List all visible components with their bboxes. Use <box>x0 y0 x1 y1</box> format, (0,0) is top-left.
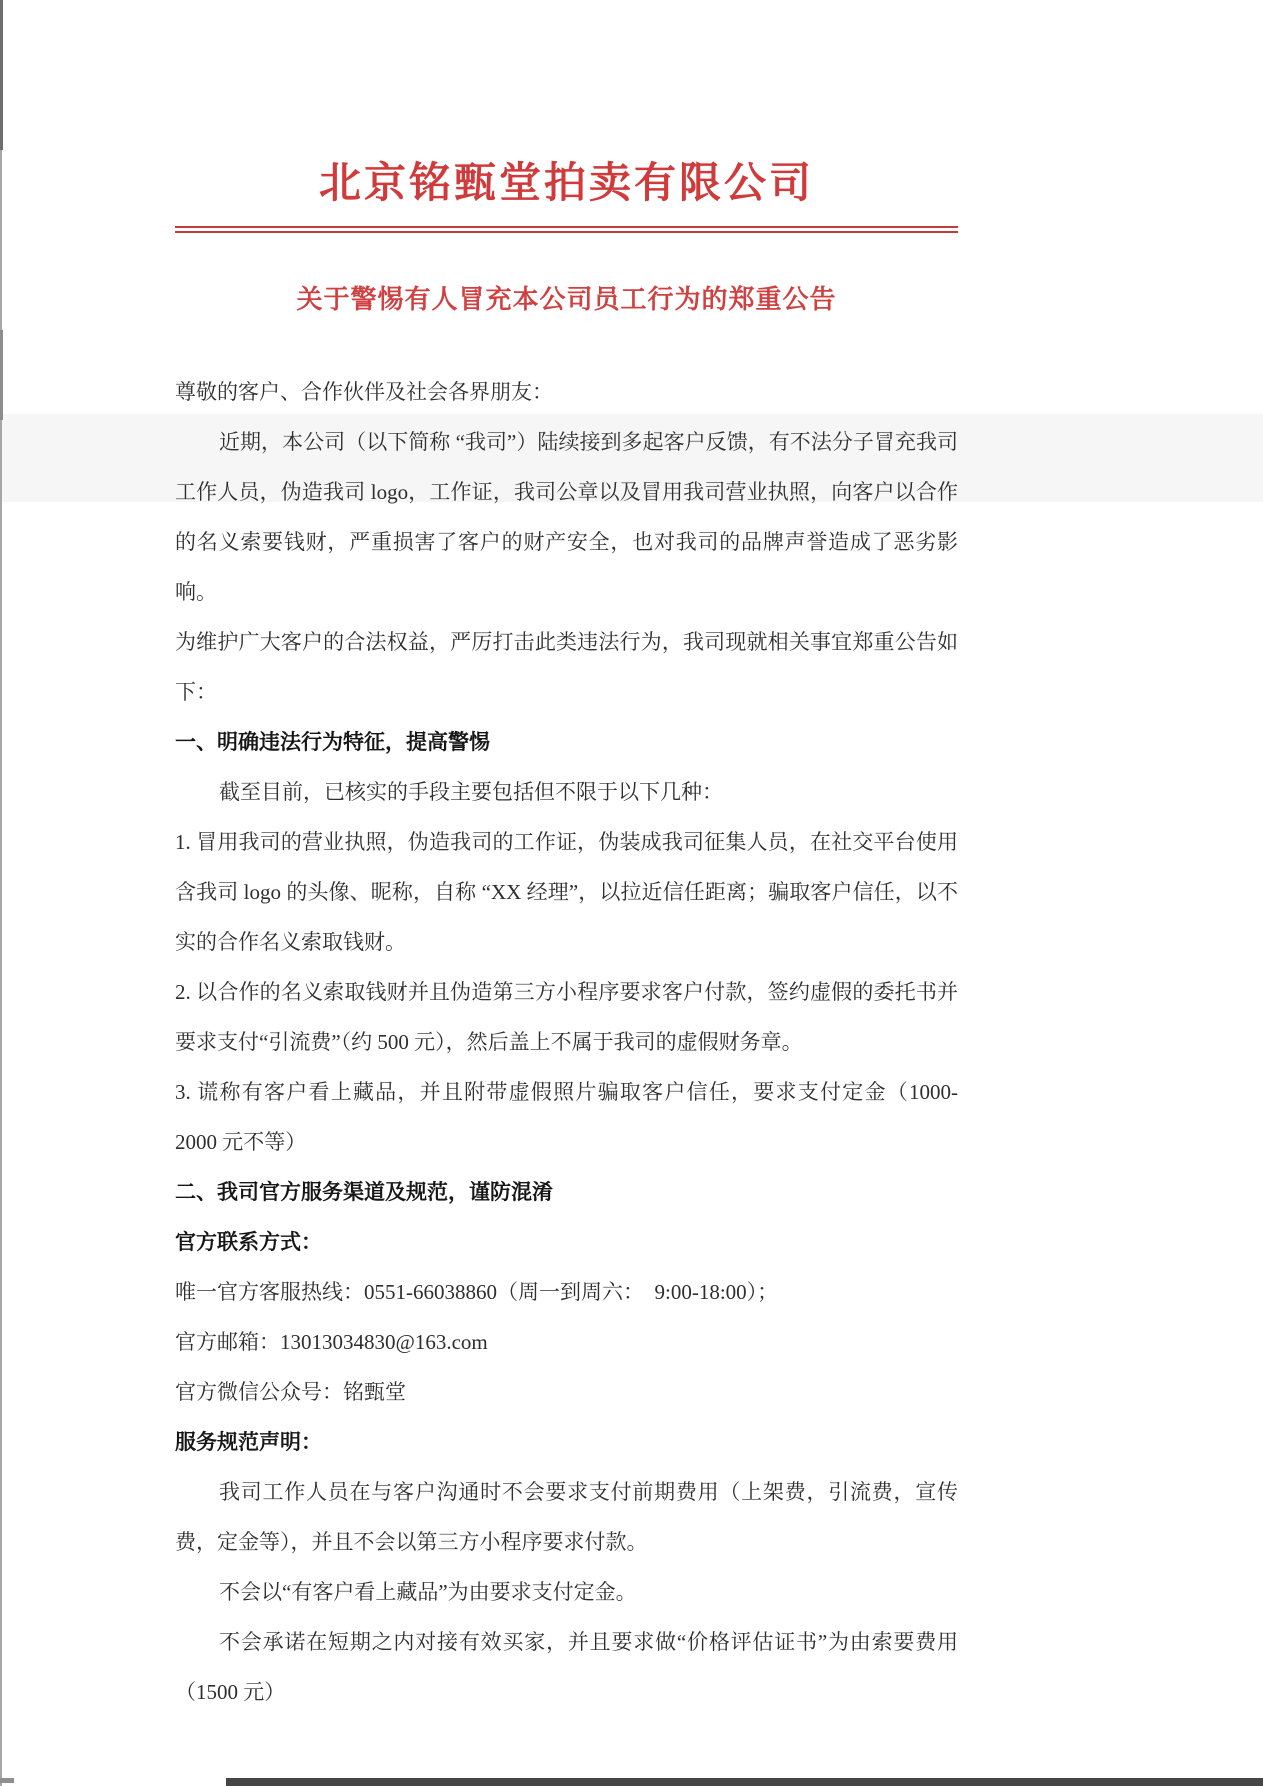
doc-paragraph: 为维护广大客户的合法权益，严厉打击此类违法行为，我司现就相关事宜郑重公告如下： <box>175 617 958 717</box>
doc-paragraph: 服务规范声明： <box>175 1417 958 1467</box>
scan-bottom-left-mark <box>0 1778 14 1783</box>
scan-bottom-strip <box>226 1778 1263 1786</box>
doc-paragraph: 近期，本公司（以下简称 “我司”）陆续接到多起客户反馈，有不法分子冒充我司工作人… <box>175 417 958 617</box>
scanned-document-page: 北京铭甄堂拍卖有限公司 关于警惕有人冒充本公司员工行为的郑重公告 尊敬的客户、合… <box>0 0 1263 1786</box>
doc-paragraph: 3. 谎称有客户看上藏品，并且附带虚假照片骗取客户信任，要求支付定金（1000-… <box>175 1067 958 1167</box>
header-divider <box>175 226 958 233</box>
doc-paragraph: 截至目前，已核实的手段主要包括但不限于以下几种： <box>175 767 958 817</box>
document-body: 尊敬的客户、合作伙伴及社会各界朋友：近期，本公司（以下简称 “我司”）陆续接到多… <box>175 367 958 1717</box>
doc-paragraph: 尊敬的客户、合作伙伴及社会各界朋友： <box>175 367 958 417</box>
doc-paragraph: 官方邮箱：13013034830@163.com <box>175 1317 958 1367</box>
doc-paragraph: 官方微信公众号：铭甄堂 <box>175 1367 958 1417</box>
doc-paragraph: 官方联系方式： <box>175 1217 958 1267</box>
doc-paragraph: 二、我司官方服务渠道及规范，谨防混淆 <box>175 1167 958 1217</box>
document-content: 北京铭甄堂拍卖有限公司 关于警惕有人冒充本公司员工行为的郑重公告 尊敬的客户、合… <box>175 158 958 1717</box>
doc-paragraph: 2. 以合作的名义索取钱财并且伪造第三方小程序要求客户付款，签约虚假的委托书并要… <box>175 967 958 1067</box>
notice-title: 关于警惕有人冒充本公司员工行为的郑重公告 <box>175 279 958 321</box>
scan-left-edge <box>0 0 2 1786</box>
doc-paragraph: 1. 冒用我司的营业执照，伪造我司的工作证，伪装成我司征集人员，在社交平台使用含… <box>175 817 958 967</box>
doc-paragraph: 唯一官方客服热线：0551-66038860（周一到周六： 9:00-18:00… <box>175 1267 958 1317</box>
doc-paragraph: 不会以“有客户看上藏品”为由要求支付定金。 <box>175 1567 958 1617</box>
scan-edge-mark-mid <box>0 330 3 420</box>
doc-paragraph: 一、明确违法行为特征，提高警惕 <box>175 717 958 767</box>
doc-paragraph: 不会承诺在短期之内对接有效买家，并且要求做“价格评估证书”为由索要费用（1500… <box>175 1617 958 1717</box>
scan-edge-mark-top <box>0 0 3 150</box>
company-name-title: 北京铭甄堂拍卖有限公司 <box>175 158 958 210</box>
doc-paragraph: 我司工作人员在与客户沟通时不会要求支付前期费用（上架费，引流费，宣传费，定金等）… <box>175 1467 958 1567</box>
